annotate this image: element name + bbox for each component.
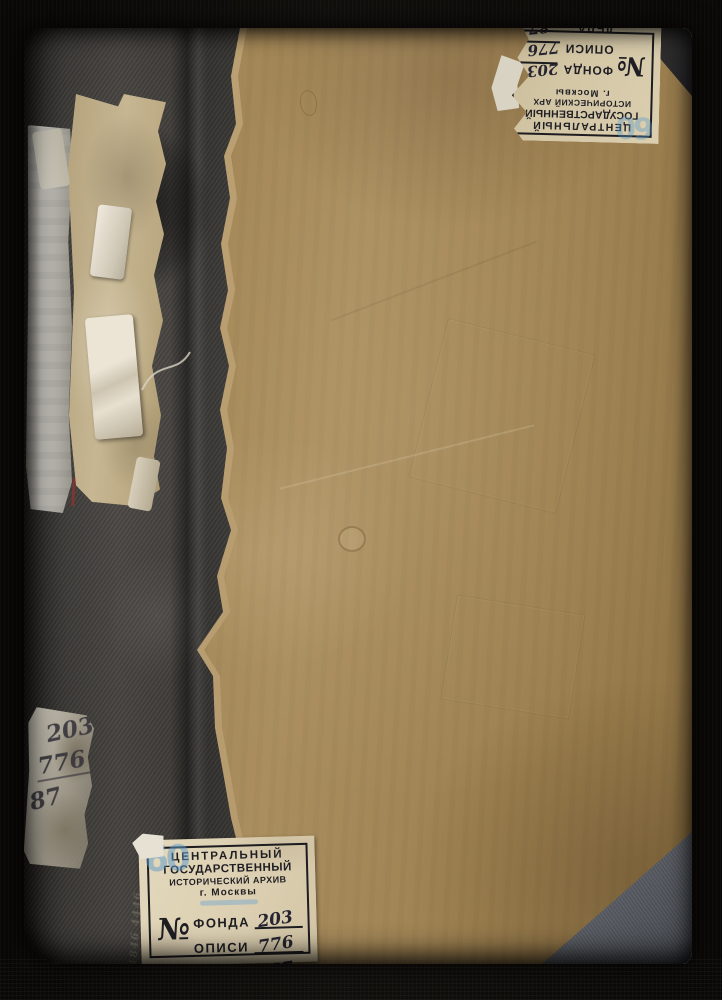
opis-rule: 776	[254, 934, 304, 954]
opis-number-handwritten: 776	[33, 745, 91, 783]
fond-value-handwritten: 203	[256, 907, 294, 932]
archive-label-upside-down: 60 ЦЕНТРАЛЬНЫЙ ГОСУДАРСТВЕННЫЙ ИСТОРИЧЕС…	[504, 28, 661, 144]
fond-number-handwritten: 203	[44, 712, 97, 748]
delo-number-handwritten: 87	[27, 782, 65, 816]
paper-crease	[331, 241, 537, 322]
rows-list: ФОНДА 203 ОПИСИ 776 ДЕЛА 87	[519, 28, 614, 81]
delo-rule: 87	[520, 28, 572, 38]
spine-hinge-groove	[170, 28, 208, 964]
rows-list: ФОНДА 203 ОПИСИ 776 ДЕЛА 87	[193, 909, 304, 964]
spine-shelf-label: 203 776 87	[24, 707, 95, 869]
archive-label-top-area: 60 ЦЕНТРАЛЬНЫЙ ГОСУДАРСТВЕННЫЙ ИСТОРИЧЕС…	[494, 28, 660, 144]
delo-row: ДЕЛА 87	[520, 28, 614, 39]
torn-label-flap	[489, 54, 526, 113]
embossed-ghost-rectangle	[441, 594, 586, 719]
delo-row: ДЕЛА 87	[194, 959, 304, 964]
fond-row: ФОНДА 203	[193, 909, 303, 931]
small-stain	[298, 89, 318, 117]
opis-rule: 776	[520, 41, 560, 59]
delo-label: ДЕЛА	[576, 28, 614, 36]
fond-rule: 203	[255, 909, 303, 929]
blue-number-stamp: 60	[618, 111, 655, 142]
numero-sign: №	[154, 915, 191, 964]
fond-rule: 203	[519, 62, 558, 80]
delo-rule: 87	[242, 959, 304, 964]
fond-value-handwritten: 203	[527, 60, 560, 81]
book-cover: 203 776 87 № 4846 4446 60 ЦЕНТРАЛЬНЫЙ ГО…	[24, 28, 692, 964]
delo-value-handwritten: 87	[528, 28, 551, 38]
archive-number-rows: № ФОНДА 203 ОПИСИ 776 ДЕЛА	[519, 28, 648, 83]
photo-backdrop: 203 776 87 № 4846 4446 60 ЦЕНТРАЛЬНЫЙ ГО…	[0, 0, 722, 1000]
archive-number-rows: № ФОНДА 203 ОПИСИ 776 ДЕЛА 87	[155, 908, 304, 964]
opis-label: ОПИСИ	[194, 939, 249, 956]
opis-row: ОПИСИ 776	[194, 934, 304, 956]
opis-value-handwritten: 776	[256, 932, 294, 957]
loose-thread	[140, 346, 194, 408]
opis-label: ОПИСИ	[565, 42, 614, 57]
delo-value-handwritten: 87	[269, 958, 295, 964]
cloth-scuff	[84, 528, 234, 708]
opis-value-handwritten: 776	[527, 39, 560, 60]
archive-label: 60 ЦЕНТРАЛЬНЫЙ ГОСУДАРСТВЕННЫЙ ИСТОРИЧЕС…	[138, 836, 317, 964]
blue-pencil-smear	[199, 899, 257, 906]
torn-spine-paper	[66, 94, 166, 506]
fond-label: ФОНДА	[562, 63, 613, 78]
opis-row: ОПИСИ 776	[520, 41, 614, 60]
numero-sign: №	[615, 28, 650, 79]
ring-stain	[338, 526, 366, 552]
fond-label: ФОНДА	[193, 914, 250, 931]
embossed-ghost-rectangle	[408, 318, 595, 514]
fond-row: ФОНДА 203	[519, 62, 613, 81]
